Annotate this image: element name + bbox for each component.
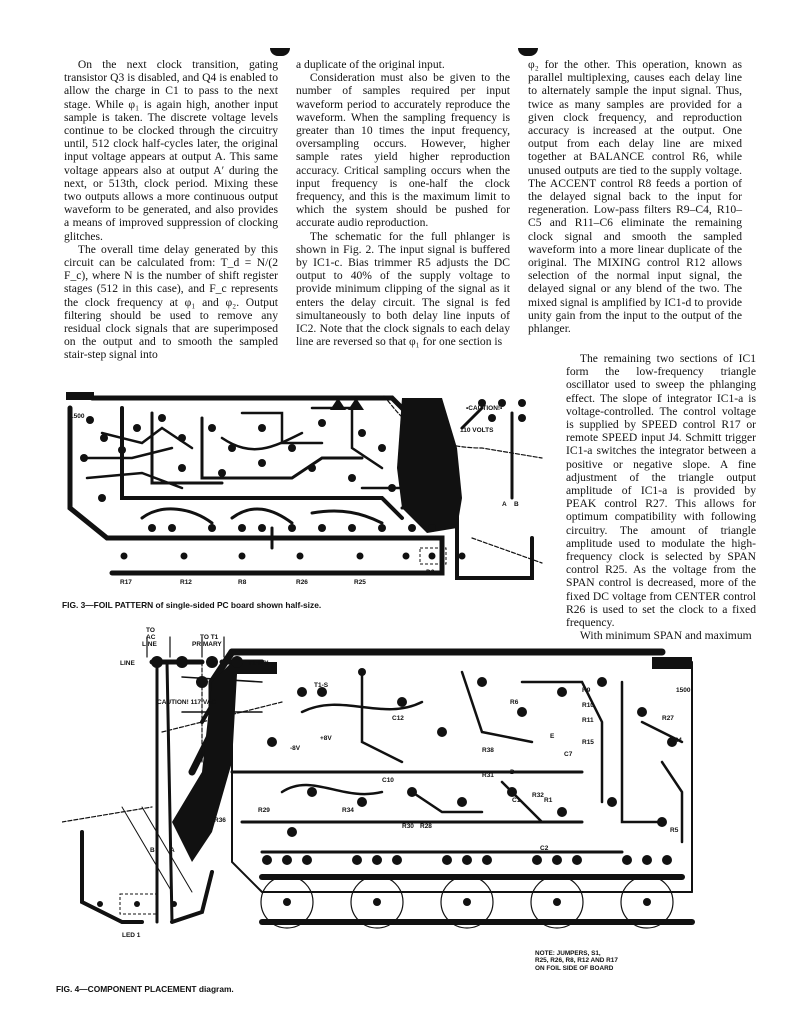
fig4-label: B [150,847,155,854]
paragraph: The schematic for the full phlanger is s… [296,230,510,349]
fig3-volts-label: 110 VOLTS [460,427,494,434]
fig4-label: R38 [482,747,494,754]
fig3-pot-label: R25 [354,579,366,586]
fig4-label: R15 [582,739,594,746]
fig4-label: R30 [402,823,414,830]
paragraph: The remaining two sections of IC1 form t… [566,352,756,629]
fig4-label: C12 [392,715,404,722]
text-column-3: φ₂ for the other. This operation, known … [528,58,742,335]
fig4-caption: FIG. 4—COMPONENT PLACEMENT diagram. [56,984,234,994]
fig4-label: R6 [510,699,519,706]
fig4-label: T1-PRI [248,660,269,667]
fig3-foil-pattern: 1500 •CAUTION!• 110 VOLTS R17 R12 R8 R26… [62,388,562,588]
fig4-label: R31 [482,772,494,779]
fig4-label: R11 [582,717,594,724]
fig4-label: C2 [540,845,549,852]
fig4-label: T1-S [314,682,329,689]
column-divider-mark [518,48,538,56]
fig4-label: TO [146,627,155,634]
fig4-label: R27 [662,715,674,722]
fig4-label: R29 [258,807,270,814]
fig4-label: R5 [670,827,679,834]
fig4-label: TO T1 [200,634,219,641]
fig4-label: LINE [120,660,135,667]
fig3-d6-label: D6 [426,569,435,576]
fig4-label: +8V [320,735,332,742]
fig3-caption: FIG. 3—FOIL PATTERN of single-sided PC b… [62,600,321,610]
fig4-note: NOTE: JUMPERS, S1, R25, R26, R8, R12 AND… [535,950,618,972]
fig4-label: AC [146,634,156,641]
column-divider-mark [270,48,290,56]
fig3-pot-label: R26 [296,579,308,586]
paragraph: On the next clock transition, gating tra… [64,58,278,243]
paragraph: The overall time delay generated by this… [64,243,278,362]
fig4-label: R32 [532,792,544,799]
fig4-label: -8V [290,745,301,752]
fig3-caution-label: •CAUTION!• [466,405,503,412]
text-column-2: a duplicate of the original input. Consi… [296,58,510,348]
paragraph: Consideration must also be given to the … [296,71,510,229]
fig4-label: LINE [142,641,157,648]
fig4-label: A [170,847,175,854]
fig4-component-placement: TO AC LINE TO T1 PRIMARY LINE T1-PRI CAU… [62,622,742,952]
paragraph: φ₂ for the other. This operation, known … [528,58,742,335]
fig4-label: R28 [420,823,432,830]
fig4-label: C7 [564,751,573,758]
fig3-pot-label: R17 [120,579,132,586]
fig4-label: C10 [382,777,394,784]
fig4-label: R36 [214,817,226,824]
fig4-label: R9 [582,687,591,694]
fig4-label: R24 [670,737,682,744]
fig4-label: D [510,769,515,776]
fig4-led-label: LED 1 [122,932,141,939]
fig3-value-label: 1500 [70,413,85,420]
fig4-label: R10 [582,702,594,709]
fig3-a-label: A [502,501,507,508]
text-column-3-continued: The remaining two sections of IC1 form t… [566,352,756,642]
fig3-pot-label: R8 [238,579,247,586]
fig4-label: R34 [342,807,354,814]
fig4-label: R1 [544,797,553,804]
fig4-label: E [550,733,555,740]
fig4-value-label: 1500 [676,687,691,694]
text-column-1: On the next clock transition, gating tra… [64,58,278,362]
fig4-caution-label: CAUTION! 117 VAC [157,699,216,706]
paragraph: a duplicate of the original input. [296,58,510,71]
fig4-label: C1 [512,797,521,804]
fig4-label: PRIMARY [192,641,222,648]
fig3-pot-label: R12 [180,579,192,586]
fig3-b-label: B [514,501,519,508]
